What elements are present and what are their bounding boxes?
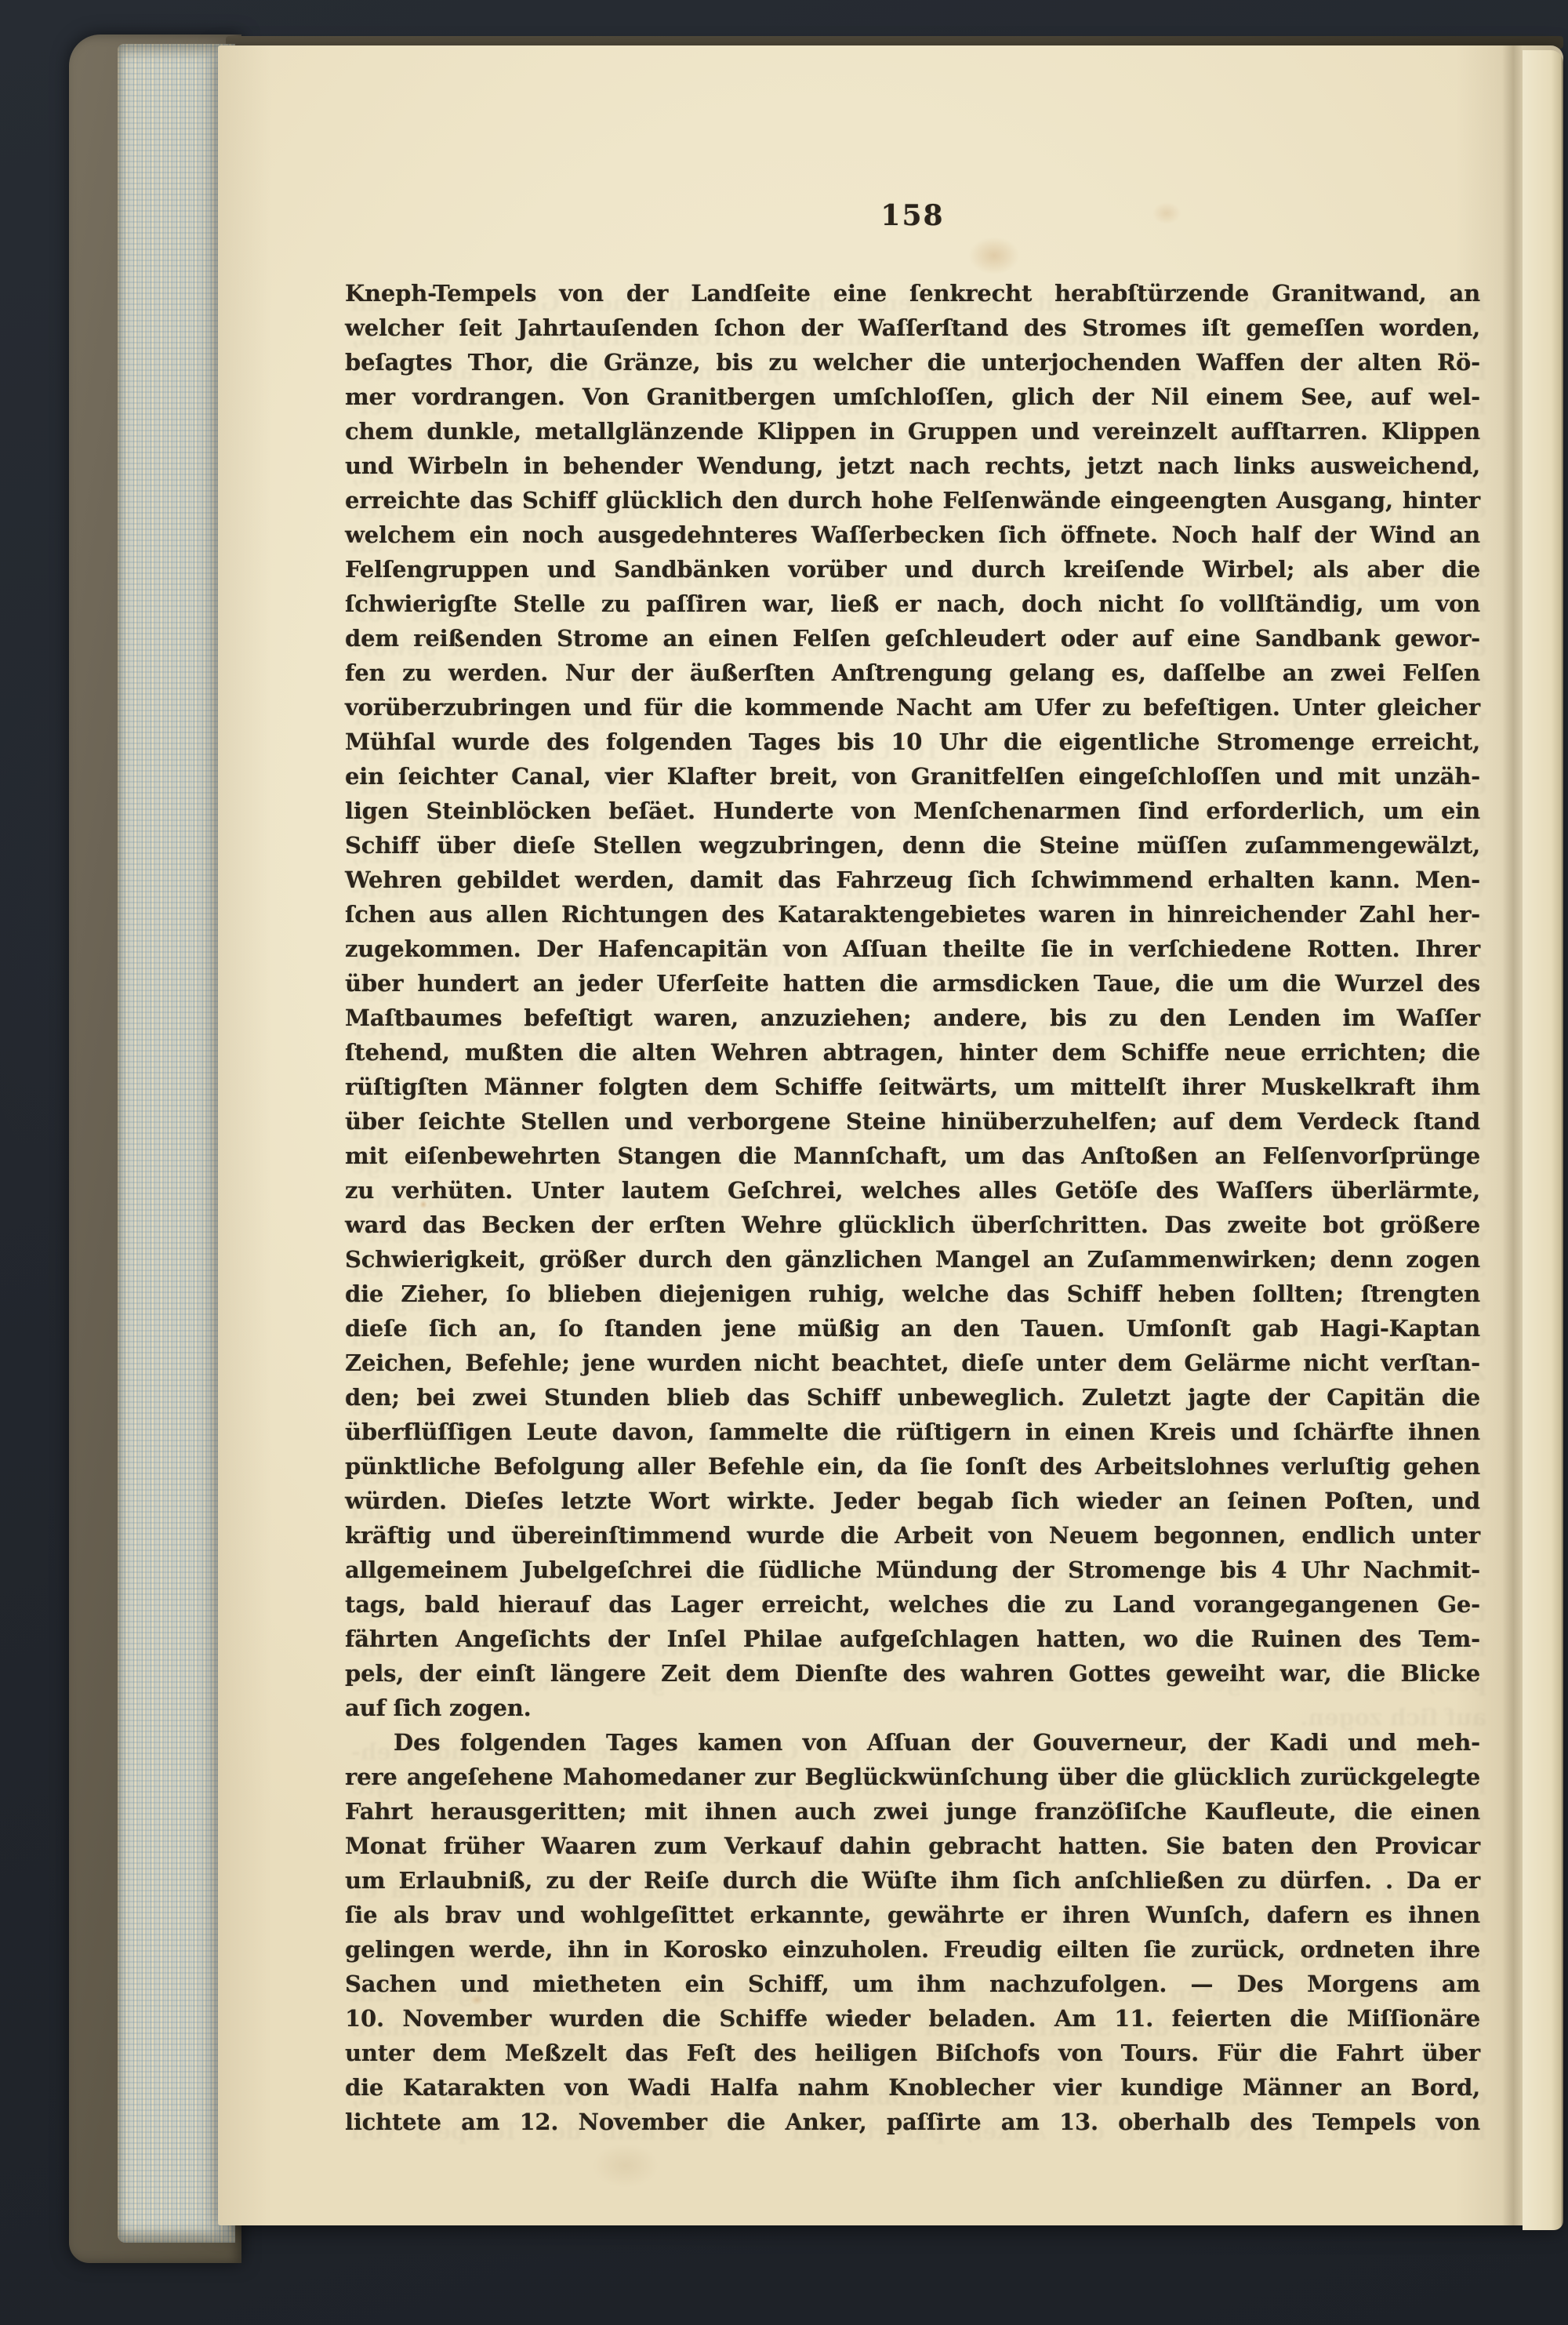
text-line: zugekommen. Der Hafencapitän von Aſſuan … [345, 932, 1480, 966]
text-line: welcher ſeit Jahrtauſenden ſchon der Waſ… [345, 311, 1480, 345]
page-number: 158 [345, 199, 1480, 232]
text-line: Des folgenden Tages kamen von Aſſuan der… [345, 1725, 1480, 1760]
text-line: tags, bald hierauf das Lager erreicht, w… [345, 1587, 1480, 1622]
text-line: würden. Dieſes letzte Wort wirkte. Jeder… [345, 1484, 1480, 1518]
text-line: Felſengruppen und Sandbänken vorüber und… [345, 552, 1480, 587]
text-line: chem dunkle, metallglänzende Klippen in … [345, 414, 1480, 449]
text-line: Zeichen, Befehle; jene wurden nicht beac… [345, 1346, 1480, 1380]
body-text: Kneph-Tempels von der Landſeite eine ſen… [345, 276, 1480, 2139]
text-line: Wehren gebildet werden, damit das Fahrze… [345, 863, 1480, 897]
text-line: ward das Becken der erſten Wehre glückli… [345, 1208, 1480, 1242]
text-line: Schiff über dieſe Stellen wegzubringen, … [345, 828, 1480, 863]
text-line: zu verhüten. Unter lautem Geſchrei, welc… [345, 1173, 1480, 1208]
text-line: überflüſſigen Leute davon, ſammelte die … [345, 1415, 1480, 1449]
text-line: ſtehend, mußten die alten Wehren abtrage… [345, 1035, 1480, 1070]
text-line: den; bei zwei Stunden blieb das Schiff u… [345, 1380, 1480, 1415]
text-line: pünktliche Befolgung aller Befehle ein, … [345, 1449, 1480, 1484]
text-line: fährten Angeſichts der Inſel Philae aufg… [345, 1622, 1480, 1656]
text-line: rere angeſehene Mahomedaner zur Beglückw… [345, 1760, 1480, 1794]
text-line: Mühſal wurde des folgenden Tages bis 10 … [345, 725, 1480, 759]
text-line: fen zu werden. Nur der äußerſten Anſtren… [345, 656, 1480, 690]
text-line: ſchen aus allen Richtungen des Katarakte… [345, 897, 1480, 932]
page-crease [1502, 45, 1523, 2225]
text-line: ſie als brav und wohlgeſittet erkannte, … [345, 1898, 1480, 1932]
text-line: Monat früher Waaren zum Verkauf dahin ge… [345, 1829, 1480, 1863]
text-line: über ſeichte Stellen und verborgene Stei… [345, 1104, 1480, 1139]
text-line: Maſtbaumes befeſtigt waren, anzuziehen; … [345, 1001, 1480, 1035]
text-line: pels, der einſt längere Zeit dem Dienſte… [345, 1656, 1480, 1691]
text-line: mer vordrangen. Von Granitbergen umſchlo… [345, 380, 1480, 414]
gutter-page-sliver [1523, 50, 1563, 2230]
text-line: dieſe ſich an, ſo ſtanden jene müßig an … [345, 1311, 1480, 1346]
text-line: allgemeinem Jubelgeſchrei die ſüdliche M… [345, 1553, 1480, 1587]
text-line: erreichte das Schiff glücklich den durch… [345, 483, 1480, 518]
text-line: welchem ein noch ausgedehnteres Waſſerbe… [345, 518, 1480, 552]
text-line: unter dem Meßzelt das Feſt des heiligen … [345, 2036, 1480, 2070]
text-line: und Wirbeln in behender Wendung, jetzt n… [345, 449, 1480, 483]
text-line: Kneph-Tempels von der Landſeite eine ſen… [345, 276, 1480, 311]
text-line: um Erlaubniß, zu der Reiſe durch die Wüſ… [345, 1863, 1480, 1898]
text-line: Schwierigkeit, größer durch den gänzlich… [345, 1242, 1480, 1277]
text-line: über hundert an jeder Uferſeite hatten d… [345, 966, 1480, 1001]
text-line: dem reißenden Strome an einen Felſen geſ… [345, 621, 1480, 656]
scan-background: { "page": { "number": "158", "lines": [ … [0, 0, 1568, 2325]
text-line: beſagtes Thor, die Gränze, bis zu welche… [345, 345, 1480, 380]
text-line: mit eiſenbewehrten Stangen die Mannſchaf… [345, 1139, 1480, 1173]
text-line: die Zieher, ſo blieben diejenigen ruhig,… [345, 1277, 1480, 1311]
text-line: Sachen und mietheten ein Schiff, um ihm … [345, 1967, 1480, 2001]
text-line: vorüberzubringen und für die kommende Na… [345, 690, 1480, 725]
text-line: ligen Steinblöcken beſäet. Hunderte von … [345, 794, 1480, 828]
text-line: ſchwierigſte Stelle zu paſſiren war, lie… [345, 587, 1480, 621]
text-line: ein ſeichter Canal, vier Klafter breit, … [345, 759, 1480, 794]
book-page: Kneph-Tempels von der Landſeite eine ſen… [218, 45, 1563, 2225]
text-line: auf ſich zogen. [345, 1691, 1480, 1725]
text-line: lichtete am 12. November die Anker, paſſ… [345, 2105, 1480, 2139]
text-line: kräftig und übereinſtimmend wurde die Ar… [345, 1518, 1480, 1553]
text-line: rüſtigſten Männer folgten dem Schiffe ſe… [345, 1070, 1480, 1104]
text-line: Fahrt herausgeritten; mit ihnen auch zwe… [345, 1794, 1480, 1829]
text-line: gelingen werde, ihn in Korosko einzuhole… [345, 1932, 1480, 1967]
text-line: 10. November wurden die Schiffe wieder b… [345, 2001, 1480, 2036]
text-line: die Katarakten von Wadi Halfa nahm Knobl… [345, 2070, 1480, 2105]
